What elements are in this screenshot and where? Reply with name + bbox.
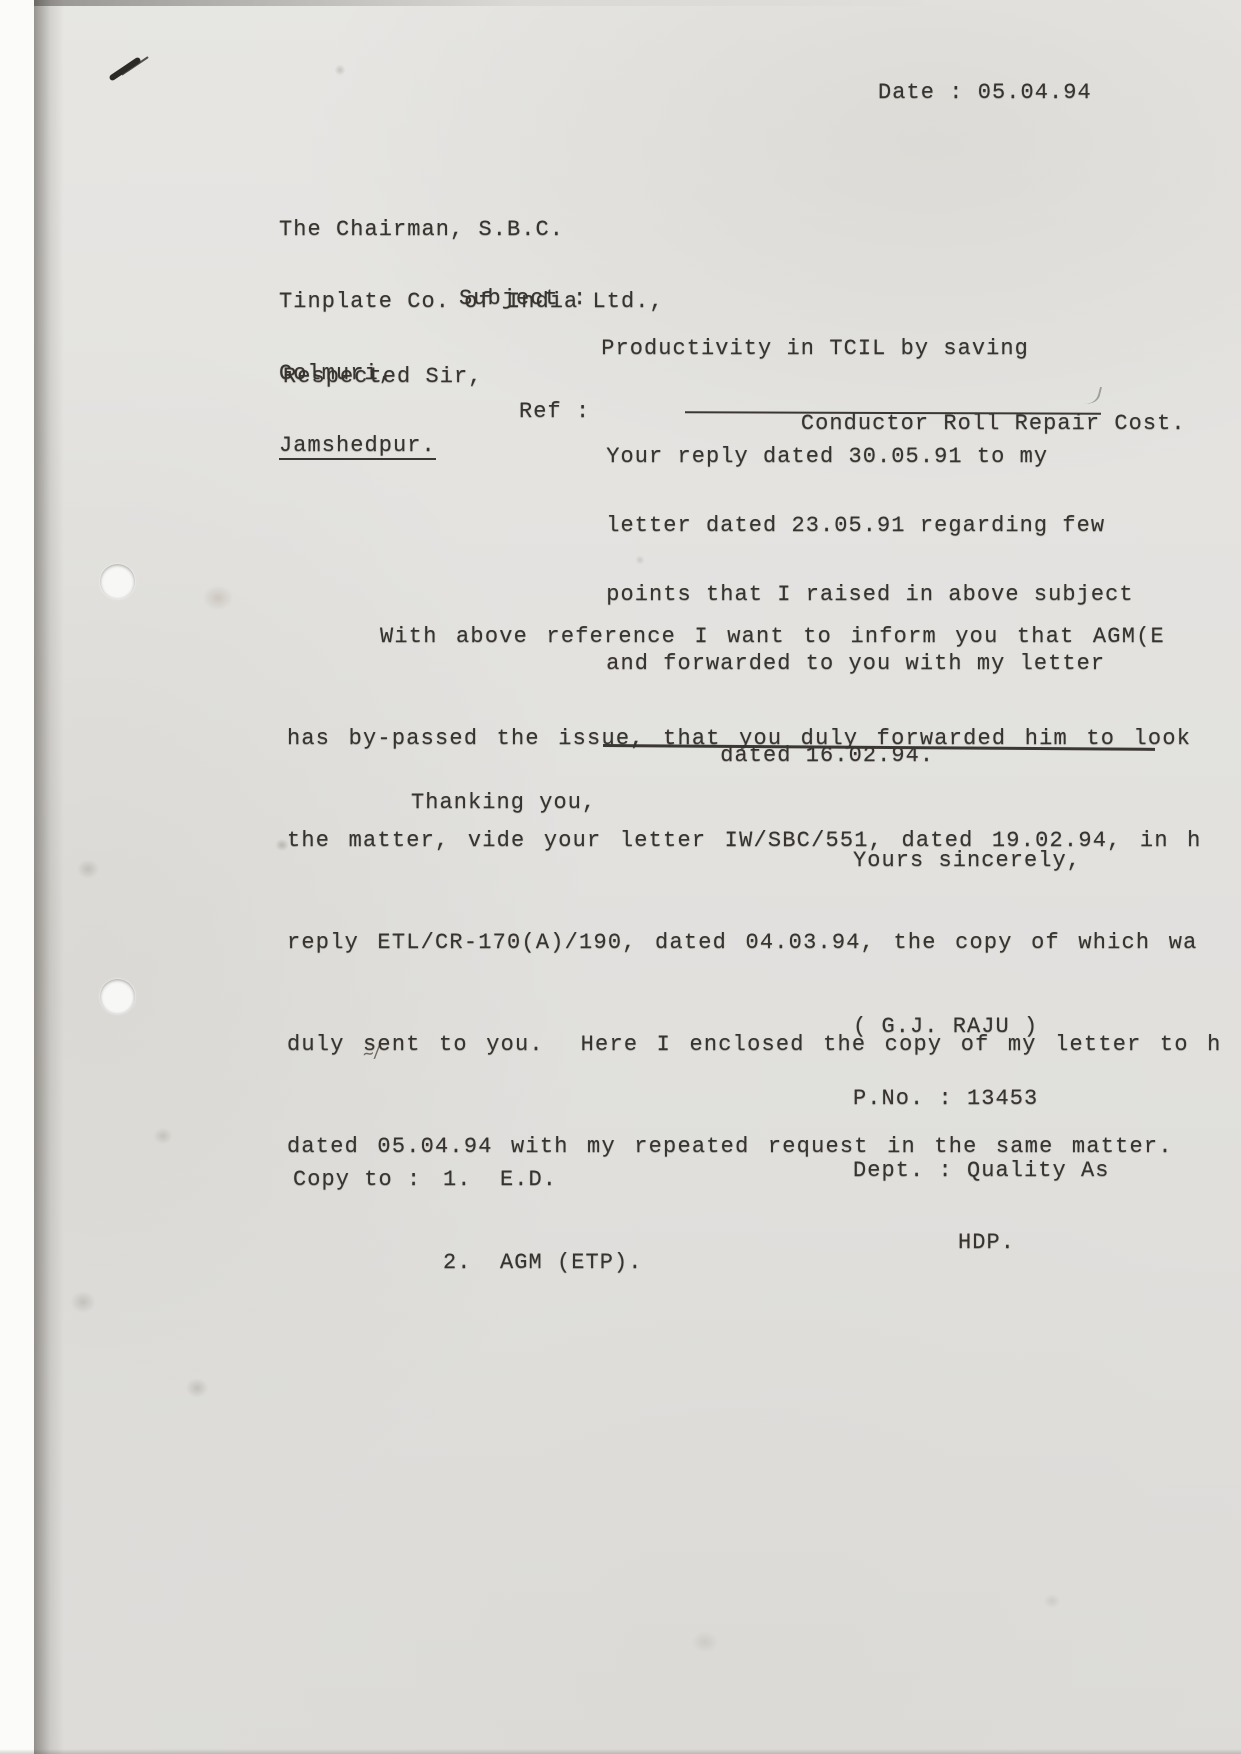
copy-to-label: Copy to :	[293, 1163, 443, 1196]
punch-hole-bottom	[100, 979, 135, 1014]
body-line: With above reference I want to inform yo…	[287, 620, 1222, 654]
punch-hole-top	[100, 564, 135, 599]
signatory-name: ( G.J. RAJU )	[853, 1015, 1110, 1039]
body-line: the matter, vide your letter IW/SBC/551,…	[287, 824, 1222, 858]
recipient-city-underlined: Jamshedpur.	[279, 433, 436, 460]
page-top-shadow	[34, 0, 1241, 6]
salutation: Respected Sir,	[283, 364, 483, 389]
signatory-dept-line2: HDP.	[853, 1231, 1110, 1255]
scan-left-margin	[0, 0, 34, 1754]
copy-to-recipient: AGM (ETP).	[500, 1246, 643, 1279]
recipient-line: The Chairman, S.B.C.	[279, 218, 664, 242]
page-edge-shadow	[34, 0, 64, 1754]
copy-to-recipient: E.D.	[500, 1163, 557, 1196]
signatory-pno: P.No. : 13453	[853, 1087, 1110, 1111]
subject-line-1: Productivity in TCIL by saving	[601, 336, 1185, 361]
pen-mark	[108, 56, 141, 81]
copy-to-row: 2. AGM (ETP).	[293, 1246, 643, 1279]
body-line: reply ETL/CR-170(A)/190, dated 04.03.94,…	[287, 926, 1222, 960]
copy-to-block: Copy to : 1. E.D. 2. AGM (ETP).	[293, 1113, 643, 1329]
signatory-dept: Dept. : Quality As	[853, 1159, 1110, 1183]
signature-block: ( G.J. RAJU ) P.No. : 13453 Dept. : Qual…	[853, 967, 1110, 1303]
copy-to-label-spacer	[293, 1246, 443, 1279]
closing-thanks: Thanking you,	[411, 790, 596, 815]
copy-to-row: Copy to : 1. E.D.	[293, 1163, 643, 1196]
closing-sincerely: Yours sincerely,	[853, 848, 1081, 873]
copy-to-number: 1.	[443, 1163, 500, 1196]
scanned-letter-page: ∼/ Date : 05.04.94 The Chairman, S.B.C. …	[0, 0, 1241, 1754]
page-bottom-shadow	[0, 1749, 1241, 1754]
reference-line: Your reply dated 30.05.91 to my	[606, 445, 1133, 468]
copy-to-number: 2.	[443, 1246, 500, 1279]
reference-line: letter dated 23.05.91 regarding few	[606, 514, 1133, 537]
date-line: Date : 05.04.94	[878, 80, 1092, 105]
body-line: has by-passed the issue, that you duly f…	[287, 722, 1222, 756]
